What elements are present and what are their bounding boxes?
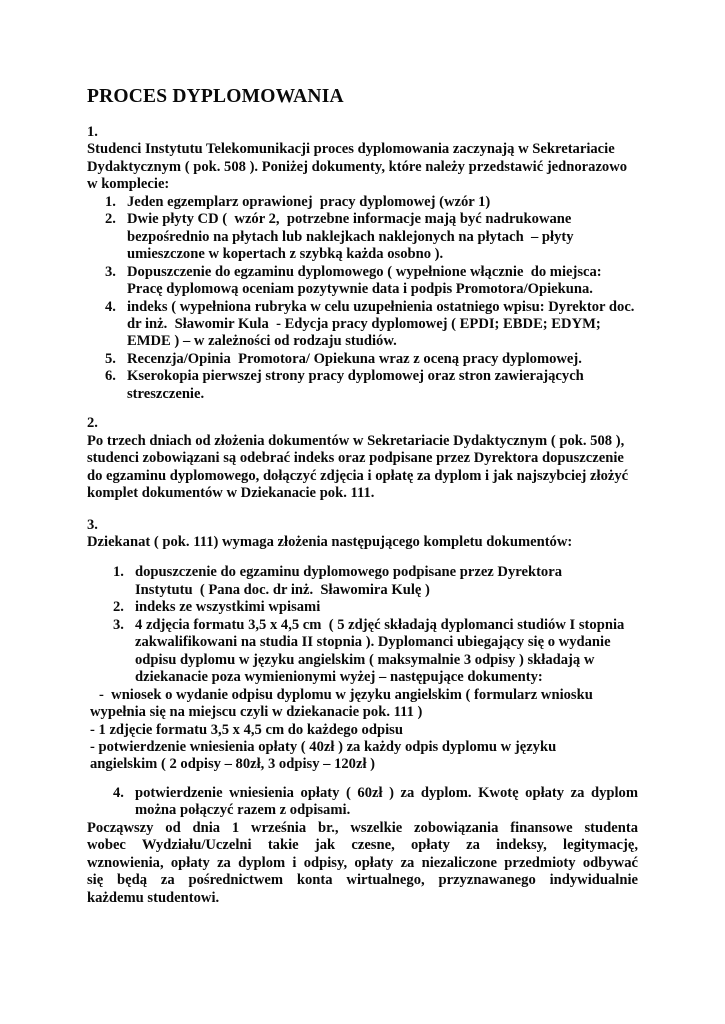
list-item-line: Instytutu ( Pana doc. dr inż. Sławomira … bbox=[135, 582, 638, 599]
list-item-line: indeks ( wypełniona rubryka w celu uzupe… bbox=[127, 299, 638, 316]
list-item-line: bezpośrednio na płytach lub naklejkach n… bbox=[127, 229, 638, 246]
list-item-number: 1. bbox=[105, 194, 127, 211]
list-item-line: można połączyć razem z odpisami. bbox=[135, 802, 638, 819]
list-item-number: 4. bbox=[113, 785, 135, 802]
dash-item-line: - wniosek o wydanie odpisu dyplomu w jęz… bbox=[87, 687, 638, 704]
list-item-line: Pracę dyplomową oceniam pozytywnie data … bbox=[127, 281, 638, 298]
paragraph-line: wznowienia, opłaty za dyplom i odpisy, o… bbox=[87, 855, 638, 872]
list-item-line: Jeden egzemplarz oprawionej pracy dyplom… bbox=[127, 194, 638, 211]
paragraph-line: Studenci Instytutu Telekomunikacji proce… bbox=[87, 141, 638, 158]
list-item-number: 4. bbox=[105, 299, 127, 316]
list-item-line: potwierdzenie wniesienia opłaty ( 60zł )… bbox=[135, 785, 638, 802]
list-item-line: Recenzja/Opinia Promotora/ Opiekuna wraz… bbox=[127, 351, 638, 368]
list-item-text: Recenzja/Opinia Promotora/ Opiekuna wraz… bbox=[127, 351, 638, 368]
list-item: 6. Kserokopia pierwszej strony pracy dyp… bbox=[87, 368, 638, 403]
list-item-text: Kserokopia pierwszej strony pracy dyplom… bbox=[127, 368, 638, 403]
list-item-line: dr inż. Sławomir Kula - Edycja pracy dyp… bbox=[127, 316, 638, 333]
list-item-text: Dopuszczenie do egzaminu dyplomowego ( w… bbox=[127, 264, 638, 299]
list-item-number: 6. bbox=[105, 368, 127, 385]
dash-item-line: - potwierdzenie wniesienia opłaty ( 40zł… bbox=[87, 739, 638, 756]
list-item-line: odpisu dyplomu w języku angielskim ( mak… bbox=[135, 652, 638, 669]
list-item: 2. Dwie płyty CD ( wzór 2, potrzebne inf… bbox=[87, 211, 638, 263]
section-3-marker: 3. bbox=[87, 517, 638, 534]
list-item-text: dopuszczenie do egzaminu dyplomowego pod… bbox=[135, 564, 638, 599]
list-item-number: 5. bbox=[105, 351, 127, 368]
paragraph-line: w komplecie: bbox=[87, 176, 638, 193]
list-item-number: 2. bbox=[105, 211, 127, 228]
document-page: PROCES DYPLOMOWANIA 1. Studenci Instytut… bbox=[0, 0, 725, 1024]
list-item-line: EMDE ) – w zależności od rodzaju studiów… bbox=[127, 333, 638, 350]
list-item-line: umieszczone w kopertach z szybką każda o… bbox=[127, 246, 638, 263]
paragraph-line: wobec Wydziału/Uczelni takie jak czesne,… bbox=[87, 837, 638, 854]
list-item-number: 3. bbox=[113, 617, 135, 634]
dash-item-line: - 1 zdjęcie formatu 3,5 x 4,5 cm do każd… bbox=[87, 722, 638, 739]
list-item-line: Dwie płyty CD ( wzór 2, potrzebne inform… bbox=[127, 211, 638, 228]
list-item-line: streszczenie. bbox=[127, 386, 638, 403]
section-2-marker: 2. bbox=[87, 415, 638, 432]
list-item-text: indeks ( wypełniona rubryka w celu uzupe… bbox=[127, 299, 638, 351]
list-item-line: dopuszczenie do egzaminu dyplomowego pod… bbox=[135, 564, 638, 581]
paragraph-line: komplet dokumentów w Dziekanacie pok. 11… bbox=[87, 485, 638, 502]
list-item-line: dziekanacie poza wymienionymi wyżej – na… bbox=[135, 669, 638, 686]
list-item-text: Jeden egzemplarz oprawionej pracy dyplom… bbox=[127, 194, 638, 211]
list-item-text: Dwie płyty CD ( wzór 2, potrzebne inform… bbox=[127, 211, 638, 263]
list-item-text: 4 zdjęcia formatu 3,5 x 4,5 cm ( 5 zdjęć… bbox=[135, 617, 638, 687]
paragraph-line: każdemu studentowi. bbox=[87, 890, 638, 907]
list-item: 1. Jeden egzemplarz oprawionej pracy dyp… bbox=[87, 194, 638, 211]
paragraph-line: Po trzech dniach od złożenia dokumentów … bbox=[87, 433, 638, 450]
list-item-number: 3. bbox=[105, 264, 127, 281]
section-1-marker: 1. bbox=[87, 124, 638, 141]
list-item-text: indeks ze wszystkimi wpisami bbox=[135, 599, 638, 616]
dash-item-line: angielskim ( 2 odpisy – 80zł, 3 odpisy –… bbox=[87, 756, 638, 773]
list-item: 3. 4 zdjęcia formatu 3,5 x 4,5 cm ( 5 zd… bbox=[87, 617, 638, 687]
list-item-line: 4 zdjęcia formatu 3,5 x 4,5 cm ( 5 zdjęć… bbox=[135, 617, 638, 634]
list-item: 4. indeks ( wypełniona rubryka w celu uz… bbox=[87, 299, 638, 351]
list-item: 4. potwierdzenie wniesienia opłaty ( 60z… bbox=[87, 785, 638, 820]
paragraph-line: Dydaktycznym ( pok. 508 ). Poniżej dokum… bbox=[87, 159, 638, 176]
list-item-line: zakwalifikowani na studia II stopnia ). … bbox=[135, 634, 638, 651]
list-item-line: indeks ze wszystkimi wpisami bbox=[135, 599, 638, 616]
list-item-number: 1. bbox=[113, 564, 135, 581]
dash-item-line: wypełnia się na miejscu czyli w dziekana… bbox=[87, 704, 638, 721]
list-item: 1. dopuszczenie do egzaminu dyplomowego … bbox=[87, 564, 638, 599]
paragraph-line: studenci zobowiązani są odebrać indeks o… bbox=[87, 450, 638, 467]
list-item-line: Dopuszczenie do egzaminu dyplomowego ( w… bbox=[127, 264, 638, 281]
document-title: PROCES DYPLOMOWANIA bbox=[87, 84, 638, 110]
list-item: 3. Dopuszczenie do egzaminu dyplomowego … bbox=[87, 264, 638, 299]
numbered-list-2: 1. dopuszczenie do egzaminu dyplomowego … bbox=[87, 564, 638, 686]
list-item-line: Kserokopia pierwszej strony pracy dyplom… bbox=[127, 368, 638, 385]
paragraph-line: Dziekanat ( pok. 111) wymaga złożenia na… bbox=[87, 534, 638, 551]
list-item-number: 2. bbox=[113, 599, 135, 616]
list-item: 2. indeks ze wszystkimi wpisami bbox=[87, 599, 638, 616]
paragraph-line: do egzaminu dyplomowego, dołączyć zdjęci… bbox=[87, 468, 638, 485]
paragraph-line: Począwszy od dnia 1 września br., wszelk… bbox=[87, 820, 638, 837]
numbered-list-1: 1. Jeden egzemplarz oprawionej pracy dyp… bbox=[87, 194, 638, 403]
paragraph-line: się będą za pośrednictwem konta wirtualn… bbox=[87, 872, 638, 889]
list-item: 5. Recenzja/Opinia Promotora/ Opiekuna w… bbox=[87, 351, 638, 368]
list-item-text: potwierdzenie wniesienia opłaty ( 60zł )… bbox=[135, 785, 638, 820]
